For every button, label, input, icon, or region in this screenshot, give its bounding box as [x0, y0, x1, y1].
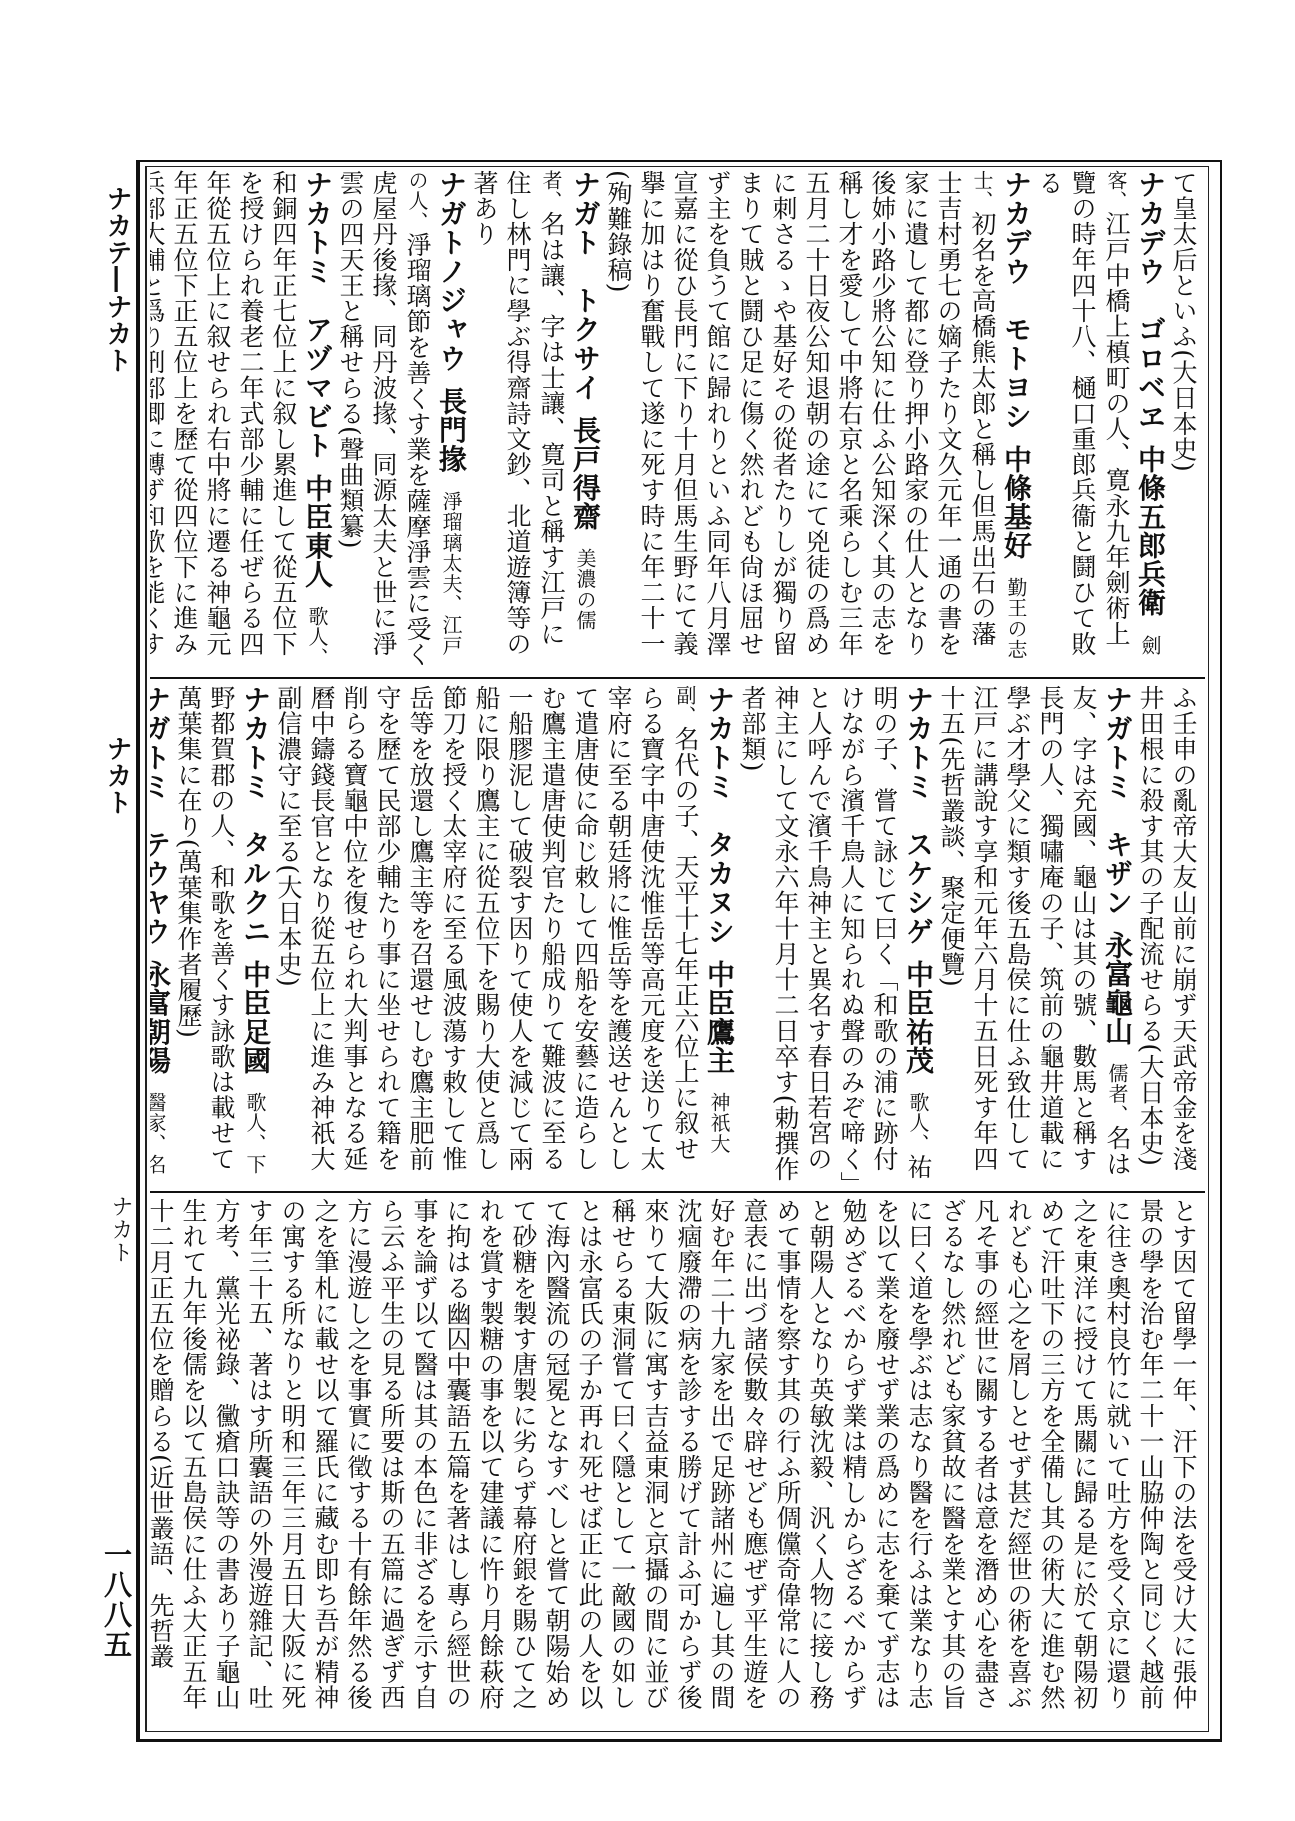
entry-role: 歌人、 [906, 1092, 930, 1154]
entry-nakadeu-gorobee: ナカデウ ゴロベヱ中條五郎兵衛劍客、江戸中橋上槙町の人、寛永九年劍術上覽の時年四… [1033, 170, 1167, 670]
tier-divider [150, 677, 1205, 679]
entry-headword-kana: ナカトミ スケシゲ [902, 685, 935, 946]
entry-headword-kanji: 長戸得齋 [569, 416, 602, 530]
continuation-text: て皇太后といふ(大日本史) [1167, 170, 1200, 670]
entry-headword-kana: ナカトミ タカヌシ [703, 685, 736, 946]
entry-nagatomi-teuyau: ナガトミ テウヤウ永富朝陽醫家、名は鳳、通稱は昌庵、後鳳介と改め獨嘯庵と號す朝陽… [150, 685, 172, 1185]
entry-headword-kanji: 永富朝陽 [150, 960, 172, 1074]
entry-nagatonojau: ナガトノジャウ長門掾淨瑠璃太夫、江戸の人、淨瑠璃節を善くす業を薩摩淨雲に受く虎屋… [334, 170, 468, 670]
entry-headword-kana: ナガトミ キザン [1101, 685, 1134, 917]
entry-headword-kanji: 中臣東人 [301, 474, 334, 588]
running-head-top: ナカテ―ナカト [96, 185, 136, 374]
tier-middle: ふ壬申の亂帝大友山前に崩ず天武帝金を淺井田根に殺す其の子配流せらる(大日本史) … [150, 685, 1200, 1185]
entry-nakatomi-azumabito: ナカトミ アヅマビト中臣東人歌人、和銅四年正七位上に叙し累進して從五位下を授けら… [150, 170, 334, 670]
entry-nagato-tokusai: ナガト トクサイ長戸得齋美濃の儒者、名は讓、字は士讓、寛司と稱す江戸に住し林門に… [468, 170, 602, 670]
running-head-bottom: ナカト [96, 1195, 136, 1264]
continuation-text: ふ壬申の亂帝大友山前に崩ず天武帝金を淺井田根に殺す其の子配流せらる(大日本史) [1134, 685, 1200, 1185]
entry-role: 歌人、下 [243, 1092, 267, 1174]
continuation-text: とす因て留學一年、汗下の法を受け大に張仲景の學を治む年二十一山脇仲陶と同じく越前… [150, 1198, 1200, 1718]
entry-headword-kana: ナカトミ タルクニ [239, 685, 272, 946]
entry-body: 江戸中橋上槙町の人、寛永九年劍術上覽の時年四十八、樋口重郎兵衞と鬪ひて敗る [1035, 170, 1131, 656]
entry-body: 淨瑠璃節を善くす業を薩摩淨雲に受く虎屋丹後掾、同丹波掾、同源太夫と世に淨雲の四天… [336, 170, 432, 667]
entry-body: 和銅四年正七位上に叙し累進して從五位下を授けられ養老二年式部少輔に任ぜらる四年從… [150, 170, 298, 656]
entry-role: 歌人、 [305, 606, 329, 668]
tier-divider [150, 1191, 1205, 1193]
entry-nakatomi-tarukuni: ナカトミ タルクニ中臣足國歌人、下野都賀郡の人、和歌を善くす詠歌は載せて萬葉集に… [172, 685, 272, 1185]
entry-role: 儒者、 [1105, 1063, 1129, 1125]
entry-headword-kana: ナカデウ ゴロベヱ [1134, 170, 1167, 431]
tier-top: て皇太后といふ(大日本史) ナカデウ ゴロベヱ中條五郎兵衛劍客、江戸中橋上槙町の… [150, 170, 1200, 670]
page-number: 一八八五 [96, 1540, 136, 1660]
entry-headword-kana: ナガト トクサイ [569, 170, 602, 402]
entry-body: 野都賀郡の人、和歌を善くす詠歌は載せて萬葉集に在り(萬葉集作者履歷) [174, 685, 236, 1171]
entry-headword-kanji: 中臣鷹主 [703, 960, 736, 1074]
entry-headword-kanji: 中條基好 [1000, 445, 1033, 559]
entry-body: 初名を高橋熊太郎と稱し但馬出石の藩士吉村勇七の嫡子たり文久元年一通の書を家に遺し… [604, 170, 997, 656]
entry-headword-kana: ナガトノジャウ [435, 170, 468, 373]
entry-role: 醫家、名 [150, 1092, 167, 1174]
entry-headword-kanji: 中臣足國 [239, 960, 272, 1074]
tier-bottom: とす因て留學一年、汗下の法を受け大に張仲景の學を治む年二十一山脇仲陶と同じく越前… [150, 1198, 1200, 1718]
entry-headword-kanji: 長門掾 [435, 387, 468, 473]
entry-nakatomi-takanushi: ナカトミ タカヌシ中臣鷹主神祇大副、名代の子、天平十七年正六位上に叙せらる寶字中… [272, 685, 736, 1185]
entry-nagatomi-kizan: ナガトミ キザン永富龜山儒者、名は友、字は充國、龜山は其の號、數馬と稱す長門の人… [935, 685, 1134, 1185]
entry-headword-kana: ナガトミ テウヤウ [150, 685, 172, 946]
entry-headword-kanji: 中條五郎兵衛 [1134, 445, 1167, 617]
entry-body: 名代の子、天平十七年正六位上に叙せらる寶字中唐使沈惟岳等高元度を送りて太宰府に至… [274, 685, 700, 1171]
entry-headword-kanji: 中臣祐茂 [902, 960, 935, 1074]
entry-body: 名は讓、字は士讓、寛司と稱す江戸に住し林門に學ぶ得齋詩文鈔、北道遊簿等の著あり [470, 170, 566, 656]
entry-headword-kanji: 永富龜山 [1101, 931, 1134, 1045]
entry-headword-kana: ナカトミ アヅマビト [301, 170, 334, 460]
entry-headword-kana: ナカデウ モトヨシ [1000, 170, 1033, 431]
running-head-middle: ナカト [96, 735, 136, 816]
entry-nakatomi-sukeshige: ナカトミ スケシゲ中臣祐茂歌人、祐明の子、嘗て詠じて曰く「和歌の浦に跡付けながら… [736, 685, 935, 1185]
entry-nakadeu-motoyoshi: ナカデウ モトヨシ中條基好勤王の志士、初名を高橋熊太郎と稱し但馬出石の藩士吉村勇… [602, 170, 1033, 670]
